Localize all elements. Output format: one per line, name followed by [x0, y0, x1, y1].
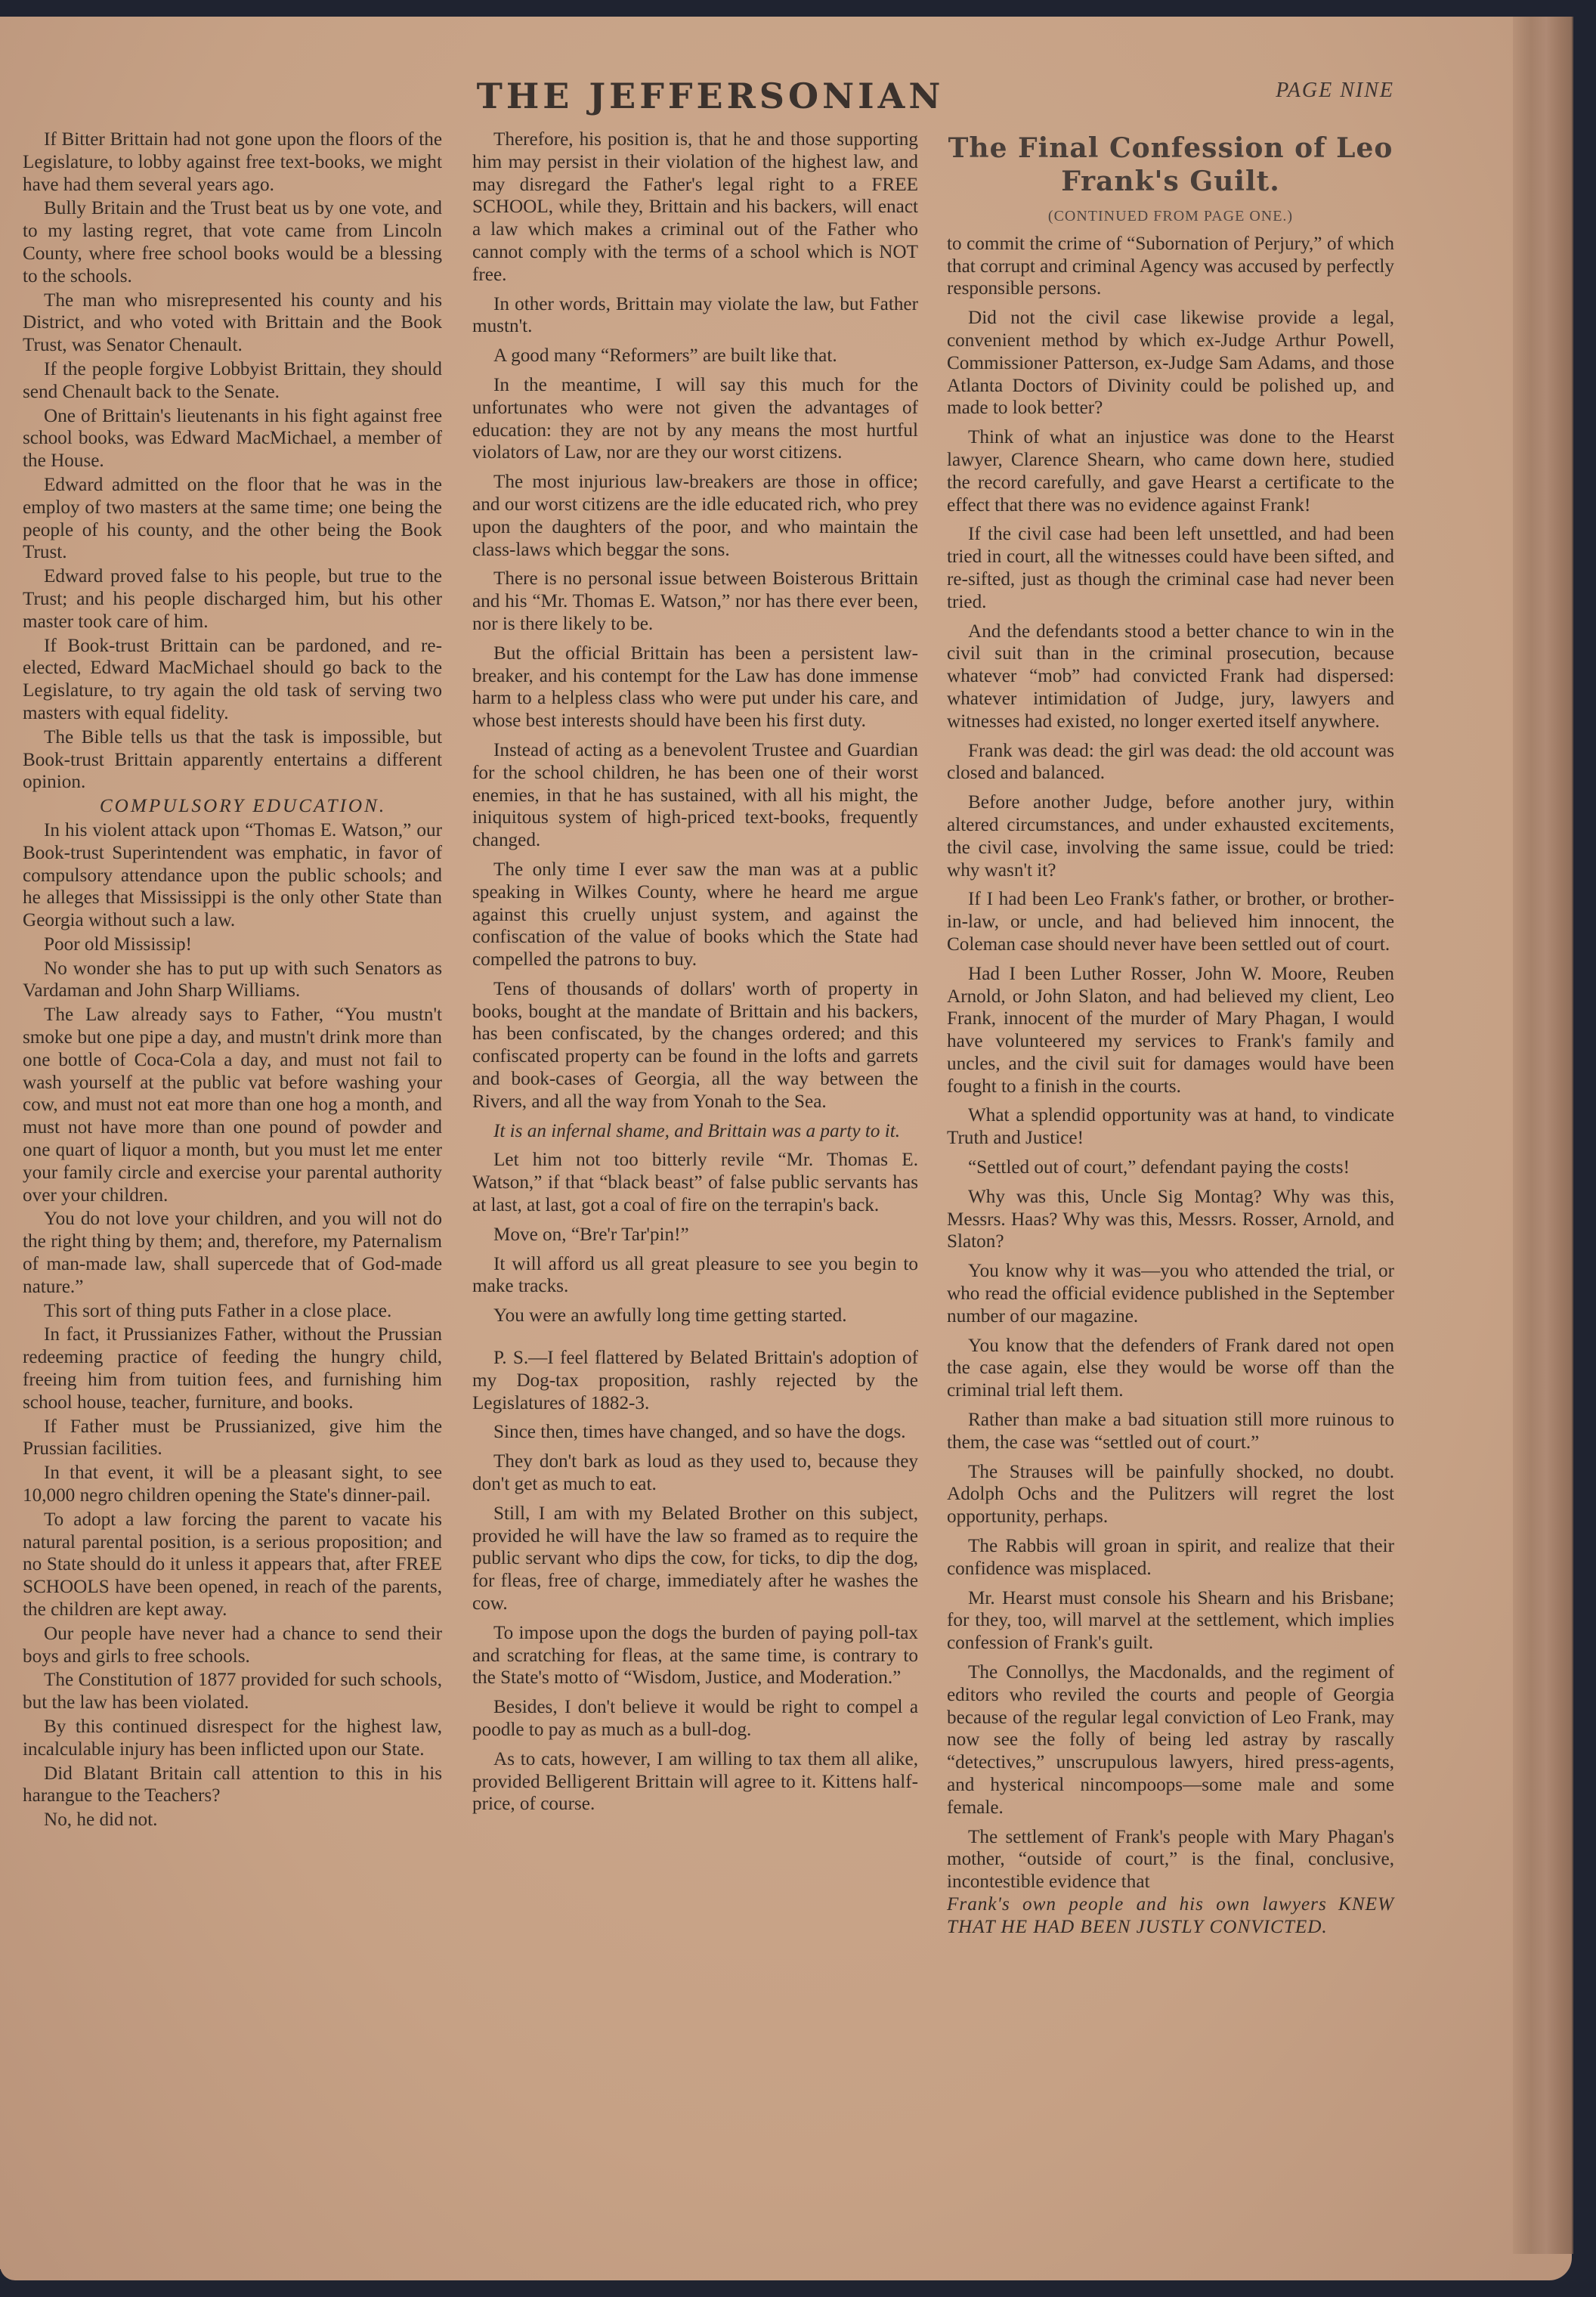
- paragraph: If I had been Leo Frank's father, or bro…: [947, 888, 1394, 955]
- paragraph: Why was this, Uncle Sig Montag? Why was …: [947, 1186, 1394, 1253]
- paragraph: What a splendid opportunity was at hand,…: [947, 1104, 1394, 1150]
- paragraph: In other words, Brittain may violate the…: [472, 293, 918, 339]
- paragraph: In fact, it Prussianizes Father, without…: [23, 1323, 442, 1413]
- paragraph: One of Brittain's lieutenants in his fig…: [23, 405, 442, 472]
- paragraph: You know why it was—you who attended the…: [947, 1260, 1394, 1327]
- paragraph: In his violent attack upon “Thomas E. Wa…: [23, 819, 442, 932]
- paragraph: If Father must be Prussianized, give him…: [23, 1416, 442, 1461]
- postscript-paragraph: Besides, I don't believe it would be rig…: [472, 1696, 918, 1741]
- closing-statement: Frank's own people and his own lawyers K…: [947, 1893, 1394, 1939]
- paragraph: If Bitter Brittain had not gone upon the…: [23, 128, 442, 196]
- page-number: PAGE NINE: [1209, 79, 1394, 103]
- paragraph: Instead of acting as a benevolent Truste…: [472, 739, 918, 852]
- paragraph: And the defendants stood a better chance…: [947, 621, 1394, 733]
- paragraph: Poor old Mississip!: [23, 933, 442, 956]
- paragraph: Our people have never had a chance to se…: [23, 1623, 442, 1668]
- postscript-paragraph: They don't bark as loud as they used to,…: [472, 1450, 918, 1496]
- paragraph: If the people forgive Lobbyist Brittain,…: [23, 358, 442, 404]
- paragraph: The Strauses will be painfully shocked, …: [947, 1461, 1394, 1528]
- paragraph: The only time I ever saw the man was at …: [472, 859, 918, 971]
- paragraph: The Bible tells us that the task is impo…: [23, 726, 442, 794]
- paragraph: There is no personal issue between Boist…: [472, 568, 918, 635]
- paragraph: Let him not too bitterly revile “Mr. Tho…: [472, 1149, 918, 1216]
- paragraph: Did Blatant Britain call attention to th…: [23, 1763, 442, 1808]
- paragraph: Therefore, his position is, that he and …: [472, 128, 918, 286]
- paragraph: Tens of thousands of dollars' worth of p…: [472, 978, 918, 1113]
- paragraph: A good many “Reformers” are built like t…: [472, 345, 918, 367]
- paragraph: If the civil case had been left unsettle…: [947, 523, 1394, 613]
- continued-note: (CONTINUED FROM PAGE ONE.): [947, 206, 1394, 228]
- paragraph: Move on, “Bre'r Tar'pin!”: [472, 1224, 918, 1246]
- postscript-paragraph: As to cats, however, I am willing to tax…: [472, 1748, 918, 1816]
- middle-column: Therefore, his position is, that he and …: [472, 128, 918, 1822]
- section-subheading: COMPULSORY EDUCATION.: [23, 795, 442, 818]
- paragraph: Did not the civil case likewise provide …: [947, 307, 1394, 419]
- paragraph: The Rabbis will groan in spirit, and rea…: [947, 1535, 1394, 1580]
- paragraph: To adopt a law forcing the parent to vac…: [23, 1509, 442, 1621]
- left-column: If Bitter Brittain had not gone upon the…: [23, 128, 442, 1833]
- paragraph: But the official Brittain has been a per…: [472, 642, 918, 732]
- paragraph: The settlement of Frank's people with Ma…: [947, 1826, 1394, 1893]
- binding-edge: [1513, 17, 1573, 2254]
- paragraph: The Constitution of 1877 provided for su…: [23, 1669, 442, 1714]
- paragraph: It is an infernal shame, and Brittain wa…: [472, 1120, 918, 1143]
- paragraph: No wonder she has to put up with such Se…: [23, 958, 442, 1003]
- postscript-paragraph: P. S.—I feel flattered by Belated Britta…: [472, 1347, 918, 1414]
- paragraph: Had I been Luther Rosser, John W. Moore,…: [947, 963, 1394, 1098]
- paragraph: Mr. Hearst must console his Shearn and h…: [947, 1587, 1394, 1655]
- paragraph: No, he did not.: [23, 1809, 442, 1831]
- paragraph: You were an awfully long time getting st…: [472, 1305, 918, 1327]
- paragraph: By this continued disrespect for the hig…: [23, 1716, 442, 1761]
- paragraph: The most injurious law-breakers are thos…: [472, 471, 918, 561]
- masthead-title: THE JEFFERSONIAN: [453, 76, 967, 116]
- paragraph: The man who misrepresented his county an…: [23, 289, 442, 357]
- paragraph: Edward proved false to his people, but t…: [23, 565, 442, 633]
- paragraph: The Law already says to Father, “You mus…: [23, 1004, 442, 1206]
- paragraph: Rather than make a bad situation still m…: [947, 1409, 1394, 1454]
- paragraph: Edward admitted on the floor that he was…: [23, 474, 442, 564]
- paragraph: Think of what an injustice was done to t…: [947, 426, 1394, 516]
- paragraph: You know that the defenders of Frank dar…: [947, 1335, 1394, 1402]
- postscript-paragraph: Still, I am with my Belated Brother on t…: [472, 1503, 918, 1615]
- paragraph: Frank was dead: the girl was dead: the o…: [947, 740, 1394, 785]
- closing-italic: Frank's own people and his own lawyers: [947, 1894, 1327, 1915]
- paragraph: This sort of thing puts Father in a clos…: [23, 1300, 442, 1323]
- right-column: The Final Confession of Leo Frank's Guil…: [947, 128, 1394, 1939]
- paragraph: Before another Judge, before another jur…: [947, 791, 1394, 881]
- paragraph: It will afford us all great pleasure to …: [472, 1253, 918, 1299]
- paragraph: In that event, it will be a pleasant sig…: [23, 1462, 442, 1507]
- postscript-paragraph: To impose upon the dogs the burden of pa…: [472, 1622, 918, 1689]
- postscript-paragraph: Since then, times have changed, and so h…: [472, 1421, 918, 1444]
- paragraph: You do not love your children, and you w…: [23, 1208, 442, 1298]
- paragraph: In the meantime, I will say this much fo…: [472, 374, 918, 464]
- paragraph: Bully Britain and the Trust beat us by o…: [23, 197, 442, 287]
- paragraph: “Settled out of court,” defendant paying…: [947, 1156, 1394, 1179]
- paragraph: to commit the crime of “Subornation of P…: [947, 233, 1394, 300]
- paragraph: The Connollys, the Macdonalds, and the r…: [947, 1661, 1394, 1819]
- paragraph: If Book-trust Brittain can be pardoned, …: [23, 635, 442, 725]
- article-title: The Final Confession of Leo Frank's Guil…: [947, 132, 1394, 198]
